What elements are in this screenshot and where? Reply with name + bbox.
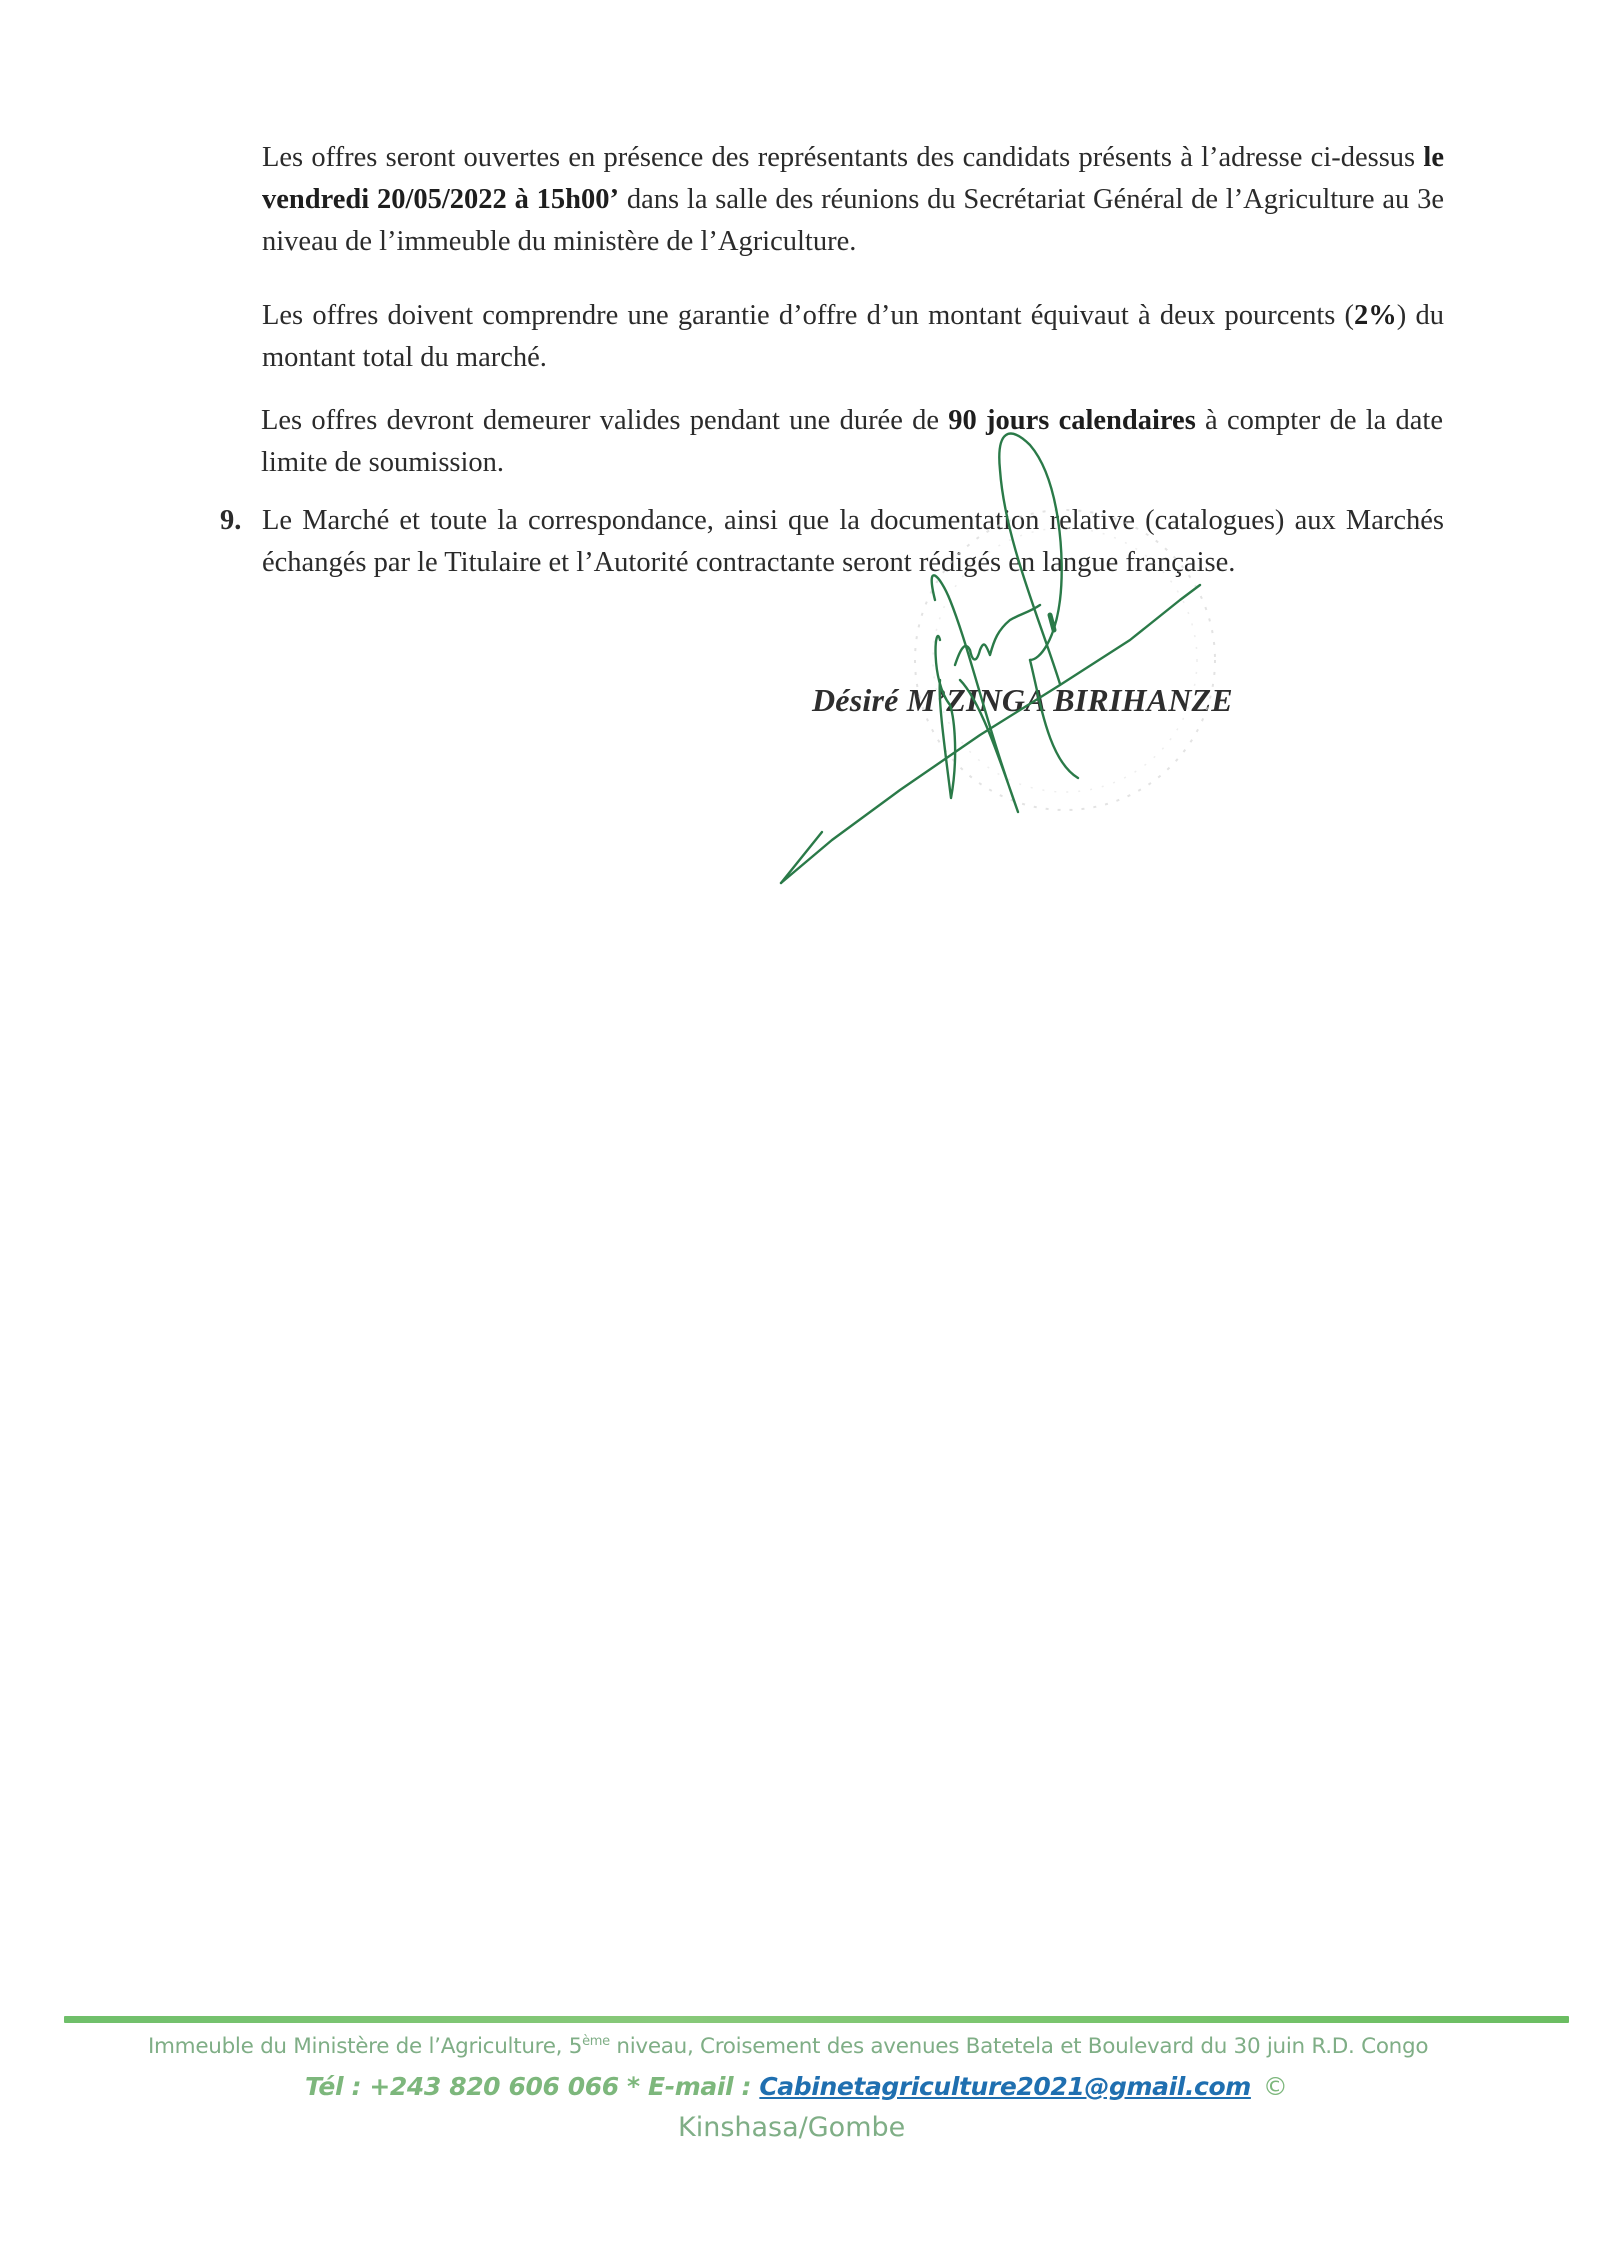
paragraph-validity: Les offres devront demeurer valides pend… [261,400,1443,484]
email-link[interactable]: Cabinetagriculture2021@gmail.com [759,2072,1251,2101]
footer-address: Immeuble du Ministère de l’Agriculture, … [148,2034,1598,2059]
document-page: Les offres seront ouvertes en présence d… [0,0,1609,2262]
percentage-bold: 2% [1354,300,1397,331]
copyright-icon: © [1263,2072,1288,2101]
signatory-name: Désiré M’ZINGA BIRIHANZE [812,682,1233,719]
item-number: 9. [220,500,241,542]
address-superscript: ème [582,2034,610,2049]
text-run: Les offres doivent comprendre une garant… [262,300,1345,331]
footer-divider [64,2016,1569,2023]
address-text: Immeuble du Ministère de l’Agriculture, … [148,2034,582,2059]
phone-label: Tél : +243 820 606 066 * E-mail : [305,2072,759,2101]
text-run: Les offres devront demeurer valides pend… [261,405,948,436]
paragraph-bid-guarantee: Les offres doivent comprendre une garant… [262,295,1444,379]
text-run: Les offres seront ouvertes en présence d… [262,142,1423,173]
footer-contact: Tél : +243 820 606 066 * E-mail : Cabine… [305,2072,1305,2101]
item-text: Le Marché et toute la correspondance, ai… [262,500,1444,584]
validity-duration-bold: 90 jours calendaires [948,405,1196,436]
address-text: niveau, Croisement des avenues Batetela … [610,2034,1428,2059]
footer-city: Kinshasa/Gombe [678,2112,978,2143]
paragraph-opening-of-offers: Les offres seront ouvertes en présence d… [262,137,1444,263]
